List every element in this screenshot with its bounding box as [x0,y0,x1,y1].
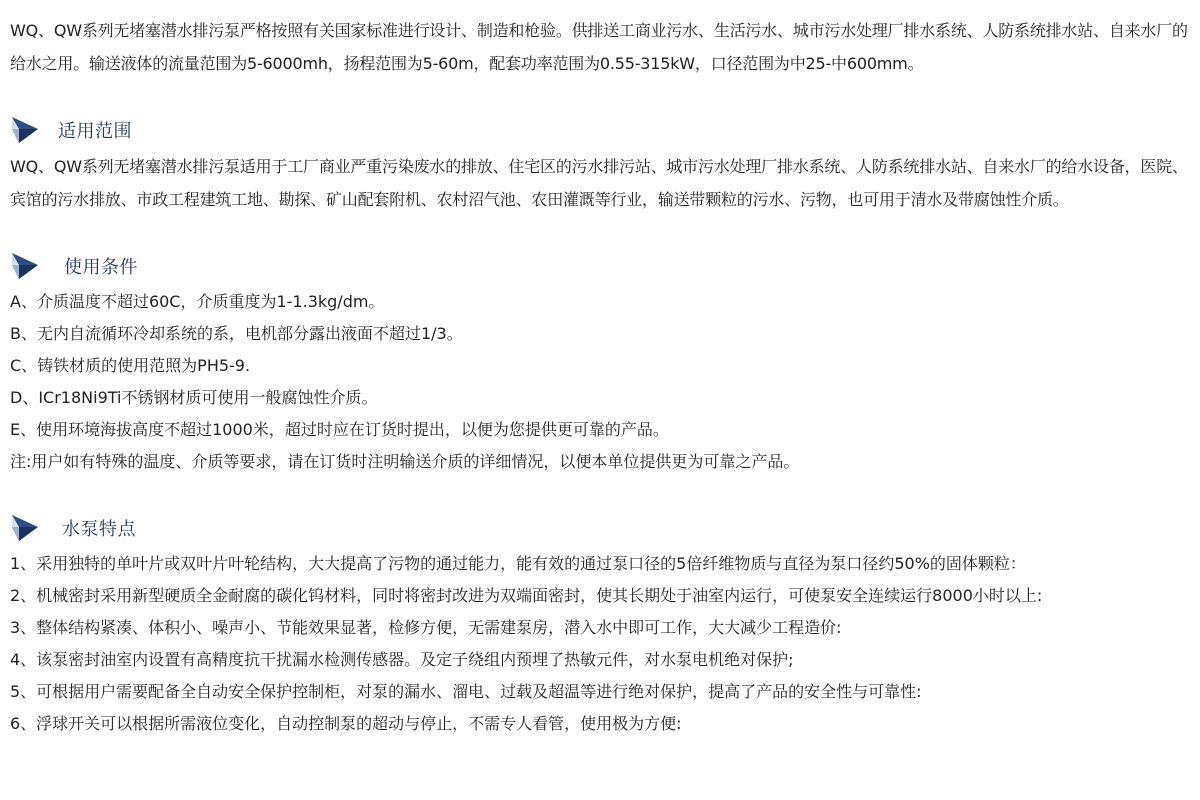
list-item: E、使用环境海拔高度不超过1000米，超过时应在订货时提出，以便为您提供更可靠的… [10,414,1190,446]
list-item: C、铸铁材质的使用范照为PH5-9. [10,350,1190,382]
section-header: 水泵特点 [10,508,1190,548]
list-item: 1、采用独特的单叶片或双叶片叶轮结构，大大提高了污物的通过能力，能有效的通过泵口… [10,548,1190,580]
list-item: 6、浮球开关可以根据所需液位变化，自动控制泵的超动与停止，不需专人看管，使用极为… [10,708,1190,740]
arrow-bullet-icon [10,115,40,145]
list-item: B、无内自流循环冷却系统的系，电机部分露出液面不超过1/3。 [10,318,1190,350]
intro-paragraph: WQ、QW系列无堵塞潜水排污泵严格按照有关国家标准进行设计、制造和枪验。供排送工… [10,0,1190,80]
section-title: 使用条件 [64,253,138,279]
list-item: A、介质温度不超过60C，介质重度为1-1.3kg/dm。 [10,286,1190,318]
section-title: 水泵特点 [62,515,136,541]
section-application-scope: 适用范围 WQ、QW系列无堵塞潜水排污泵适用于工厂商业严重污染废水的排放、住宅区… [10,110,1190,216]
arrow-bullet-icon [10,513,40,543]
list-item: 2、机械密封采用新型硬质全金耐腐的碳化钨材料，同时将密封改进为双端面密封，使其长… [10,580,1190,612]
section-header: 适用范围 [10,110,1190,150]
section-usage-conditions: 使用条件 A、介质温度不超过60C，介质重度为1-1.3kg/dm。 B、无内自… [10,246,1190,478]
list-item: 5、可根据用户需要配备全自动安全保护控制柜，对泵的漏水、溜电、过载及超温等进行绝… [10,676,1190,708]
list-item: 4、该泵密封油室内设置有高精度抗干扰漏水检测传感器。及定子绕组内预埋了热敏元件，… [10,644,1190,676]
section-title: 适用范围 [58,117,132,143]
list-item: 3、整体结构紧凑、体积小、噪声小、节能效果显著，检修方便，无需建泵房，潜入水中即… [10,612,1190,644]
note-item: 注:用户如有特殊的温度、介质等要求，请在订货时注明输送介质的详细情况，以便本单位… [10,446,1190,478]
list-item: D、ICr18Ni9Ti不锈钢材质可使用一般腐蚀性介质。 [10,382,1190,414]
document-page: WQ、QW系列无堵塞潜水排污泵严格按照有关国家标准进行设计、制造和枪验。供排送工… [0,0,1200,740]
section-paragraph: WQ、QW系列无堵塞潜水排污泵适用于工厂商业严重污染废水的排放、住宅区的污水排污… [10,150,1190,216]
section-pump-features: 水泵特点 1、采用独特的单叶片或双叶片叶轮结构，大大提高了污物的通过能力，能有效… [10,508,1190,740]
section-header: 使用条件 [10,246,1190,286]
arrow-bullet-icon [10,251,40,281]
